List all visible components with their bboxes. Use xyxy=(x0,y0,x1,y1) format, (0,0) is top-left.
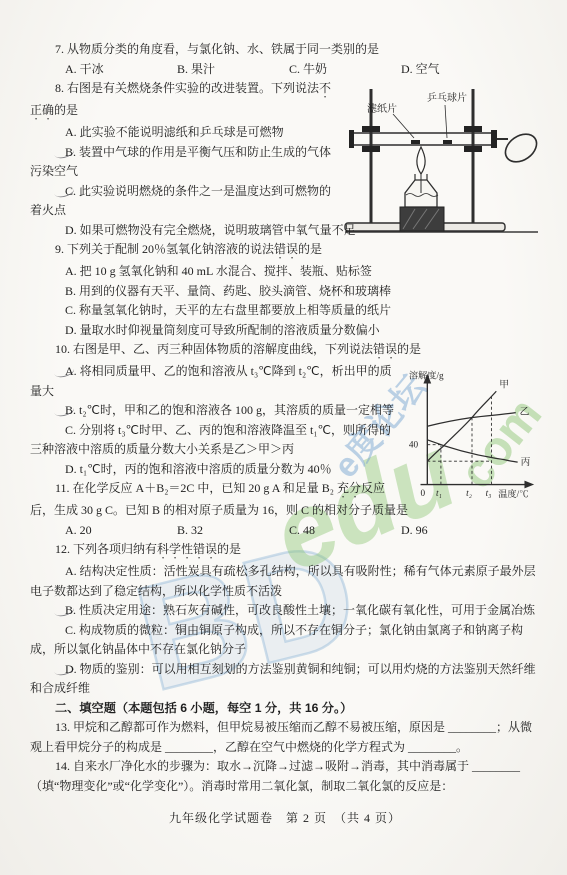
question-13: 13. 甲烷和乙醇都可作为燃料，但甲烷易被压缩而乙醇不易被压缩，原因是 ____… xyxy=(30,718,540,757)
option-b: B. 用到的仪器有天平、量筒、药匙、胶头滴管、烧杯和玻璃棒 xyxy=(30,282,540,302)
option-d: D. 如果可燃物没有完全燃烧，说明玻璃管中氧气量不足 xyxy=(30,221,540,241)
option-a: A. 将相同质量甲、乙的饱和溶液从 t₃℃降到 t₂℃，析出甲的质量大 xyxy=(30,362,540,401)
option-a: A. 把 10 g 氢氧化钠和 40 mL 水混合、搅拌、装瓶、贴标签 xyxy=(30,262,540,282)
option-b: B. t₂℃时，甲和乙的饱和溶液各 100 g，其溶质的质量一定相等 xyxy=(30,401,540,421)
stem-text: 10. 右图是甲、乙、丙三种固体物质的溶解度曲线，下列说法 xyxy=(55,342,373,356)
option-d: D. 量取水时仰视量筒刻度可导致所配制的溶液质量分数偏小 xyxy=(30,321,540,341)
question-9-stem: 9. 下列关于配制 20％氢氧化钠溶液的说法错误的是 xyxy=(30,240,540,262)
section-2-title: 二、填空题（本题包括 6 小题，每空 1 分，共 16 分。） xyxy=(30,699,540,719)
stem-text: 的是 xyxy=(397,342,421,356)
option-a: A. 20 xyxy=(65,521,177,541)
x-tick-t2: t₂ xyxy=(466,488,472,498)
question-12: 12. 下列各项归纳有科学性错误的是 A. 结构决定性质：活性炭具有疏松多孔结构… xyxy=(30,540,540,699)
stem-emphasis: 充分 xyxy=(337,481,361,495)
option-a: A. 结构决定性质：活性炭具有疏松多孔结构，所以具有吸附性；稀有气体元素原子最外… xyxy=(30,562,540,601)
question-10: 10. 右图是甲、乙、丙三种固体物质的溶解度曲线，下列说法错误的是 溶解度/g … xyxy=(30,340,540,479)
option-c: C. 分别将 t₃℃时甲、乙、丙的饱和溶液降温至 t₁℃，则所得的三种溶液中溶质… xyxy=(30,421,540,460)
option-c: C. 48 xyxy=(289,521,401,541)
x-axis-label: 温度/℃ xyxy=(498,488,528,499)
question-14: 14. 自来水厂净化水的步骤为：取水→沉降→过滤→吸附→消毒，其中消毒属于 __… xyxy=(30,757,540,796)
paper-content: 7. 从物质分类的角度看，与氯化钠、水、铁属于同一类别的是 A. 干冰B. 果汁… xyxy=(0,0,567,829)
pingpong-label: 乒乓球片 xyxy=(427,91,467,104)
question-10-stem: 10. 右图是甲、乙、丙三种固体物质的溶解度曲线，下列说法错误的是 xyxy=(30,340,540,362)
question-9: 9. 下列关于配制 20％氢氧化钠溶液的说法错误的是 A. 把 10 g 氢氧化… xyxy=(30,240,540,340)
filter-paper-label: 滤纸片 xyxy=(367,102,397,115)
stem-emphasis: 错误 xyxy=(373,342,397,356)
question-7: 7. 从物质分类的角度看，与氯化钠、水、铁属于同一类别的是 A. 干冰B. 果汁… xyxy=(30,40,540,79)
page-footer: 九年级化学试题卷 第 2 页 （共 4 页） xyxy=(30,809,540,829)
question-7-options: A. 干冰B. 果汁C. 牛奶D. 空气 xyxy=(30,60,540,80)
stem-text: 的是 xyxy=(54,103,78,117)
stem-emphasis: 科学性错误 xyxy=(157,542,217,556)
option-d: D. 空气 xyxy=(401,60,440,80)
option-c: C. 牛奶 xyxy=(289,60,401,80)
question-8: 滤纸片 乒乓球片 xyxy=(30,79,540,240)
stem-text: 的是 xyxy=(298,242,322,256)
option-b: B. 32 xyxy=(177,521,289,541)
option-a: A. 干冰 xyxy=(65,60,177,80)
option-b: B. 果汁 xyxy=(177,60,289,80)
stem-text: 12. 下列各项归纳有 xyxy=(55,542,157,556)
x-tick-0: 0 xyxy=(421,488,426,498)
option-d: D. t₁℃时，丙的饱和溶液中溶质的质量分数为 40％ xyxy=(30,460,540,480)
stem-text: 的是 xyxy=(217,542,241,556)
option-c: C. 构成物质的微粒：铜由铜原子构成，所以不存在铜分子；氯化钠由氯离子和钠离子构… xyxy=(30,621,540,660)
option-d: D. 96 xyxy=(401,521,428,541)
stem-text: 9. 下列关于配制 20％氢氧化钠溶液的说法 xyxy=(55,242,274,256)
x-tick-t1: t₁ xyxy=(436,488,442,498)
option-c: C. 此实验说明燃烧的条件之一是温度达到可燃物的着火点 xyxy=(30,182,540,221)
option-a: A. 此实验不能说明滤纸和乒乓球是可燃物 xyxy=(30,123,540,143)
x-axis-arrow xyxy=(524,481,534,489)
option-c: C. 称量氢氧化钠时，天平的左右盘里都要放上相等质量的纸片 xyxy=(30,301,540,321)
question-11-options: A. 20B. 32C. 48D. 96 xyxy=(30,521,540,541)
option-d: D. 物质的鉴别：可以用相互刻划的方法鉴别黄铜和纯铜；可以用灼烧的方法鉴别天然纤… xyxy=(30,660,540,699)
x-tick-t3: t₃ xyxy=(486,488,492,498)
stem-text: 8. 右图是有关燃烧条件实验的改进装置。下列说法 xyxy=(55,81,319,95)
stem-emphasis: 错误 xyxy=(274,242,298,256)
question-12-stem: 12. 下列各项归纳有科学性错误的是 xyxy=(30,540,540,562)
option-b: B. 性质决定用途：熟石灰有碱性，可改良酸性土壤；一氧化碳有氧化性，可用于金属冶… xyxy=(30,601,540,621)
stem-text: 11. 在化学反应 A＋B₂＝2C 中，已知 20 g A 和足量 B₂ xyxy=(55,481,337,495)
option-b: B. 装置中气球的作用是平衡气压和防止生成的气体污染空气 xyxy=(30,143,540,182)
exam-paper-page: BD edu com e度论坛 7. 从物质分类的角度看，与氯化钠、水、铁属于同… xyxy=(0,0,567,875)
question-7-stem: 7. 从物质分类的角度看，与氯化钠、水、铁属于同一类别的是 xyxy=(30,40,540,60)
